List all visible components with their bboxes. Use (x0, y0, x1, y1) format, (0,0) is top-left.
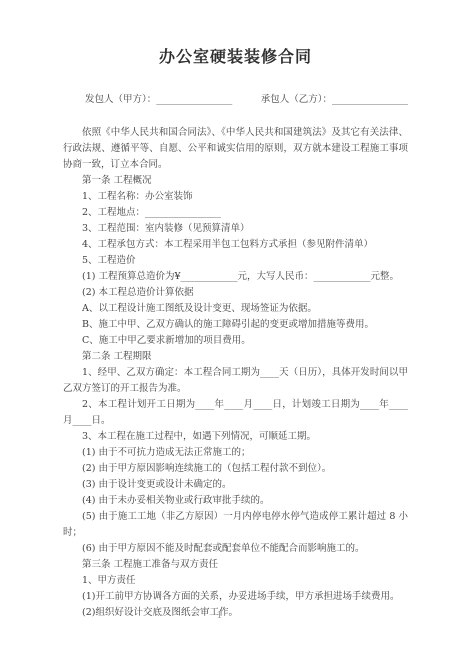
clause-project-scope: 3、工程范围：室内装修（见预算清单） (63, 221, 408, 237)
section-2-heading: 第二条 工程期限 (63, 349, 408, 365)
party-b-blank-line: ________________ (332, 94, 408, 105)
clause-cost-basis-a: A、以工程设计施工图纸及设计变更、现场签证为依据。 (63, 301, 408, 317)
party-a-field: 发包人（甲方）：________________ (85, 92, 261, 108)
clause-dates: 2、本工程计划开工日期为____年____月____日，计划竣工日期为____年… (63, 397, 408, 429)
clause-delay-1: (1) 由于不可抗力造成无法正常施工的； (63, 445, 408, 461)
party-a-label: 发包人（甲方）： (85, 94, 156, 105)
clause-party-a-duty: 1、甲方责任 (63, 573, 408, 589)
party-b-label: 承包人（乙方）： (261, 94, 332, 105)
party-b-field: 承包人（乙方）：________________ (261, 92, 408, 108)
contract-page: 办公室硬装装修合同 发包人（甲方）：________________ 承包人（乙… (0, 0, 463, 655)
clause-delay-6: (6) 由于甲方原因不能及时配套或配套单位不能配合而影响施工的。 (63, 541, 408, 557)
clause-delay-3: (3) 由于设计变更或设计未确定的。 (63, 477, 408, 493)
clause-cost-basis: (2) 本工程总造价计算依据 (63, 285, 408, 301)
parties-row: 发包人（甲方）：________________ 承包人（乙方）：_______… (63, 92, 408, 108)
party-a-blank-line: ________________ (156, 94, 232, 105)
section-3-heading: 第三条 工程施工准备与双方责任 (63, 557, 408, 573)
clause-delay-intro: 3、本工程在施工过程中，如遇下列情况，可顺延工期。 (63, 429, 408, 445)
clause-duty-1: (1)开工前甲方协调各方面的关系，办妥进场手续，甲方承担进场手续费用。 (63, 589, 408, 605)
clause-contract-method: 4、工程承包方式：本工程采用半包工包料方式承担（参见附件清单） (63, 237, 408, 253)
clause-duration: 1、经甲、乙双方确定：本工程合同工期为____天（日历），具体开发时间以甲乙双方… (63, 365, 408, 397)
clause-cost-basis-c: C、施工中甲乙要求新增加的项目费用。 (63, 333, 408, 349)
clause-budget-total: (1) 工程预算总造价为¥____________元，大写人民币：_______… (63, 269, 408, 285)
clause-project-name: 1、工程名称：办公室装饰 (63, 189, 408, 205)
page-number: 1 (0, 611, 439, 621)
page-title: 办公室硬装装修合同 (63, 0, 408, 68)
clause-project-cost: 5、工程造价 (63, 253, 408, 269)
preamble-paragraph: 依照《中华人民共和国合同法》、《中华人民共和国建筑法》及其它有关法律、行政法规、… (63, 125, 408, 173)
clause-project-location: 2、工程地点：________________ (63, 205, 408, 221)
section-1-heading: 第一条 工程概况 (63, 173, 408, 189)
clause-cost-basis-b: B、施工中甲、乙双方确认的施工障碍引起的变更或增加措施等费用。 (63, 317, 408, 333)
clause-delay-2: (2) 由于甲方原因影响连续施工的（包括工程付款不到位）。 (63, 461, 408, 477)
clause-delay-4: (4) 由于未办妥相关物业或行政审批手续的。 (63, 493, 408, 509)
contract-body: 依照《中华人民共和国合同法》、《中华人民共和国建筑法》及其它有关法律、行政法规、… (63, 125, 408, 621)
clause-delay-5: (5) 由于施工工地（非乙方原因）一月内停电停水停气造成停工累计超过 8 小时； (63, 509, 408, 541)
